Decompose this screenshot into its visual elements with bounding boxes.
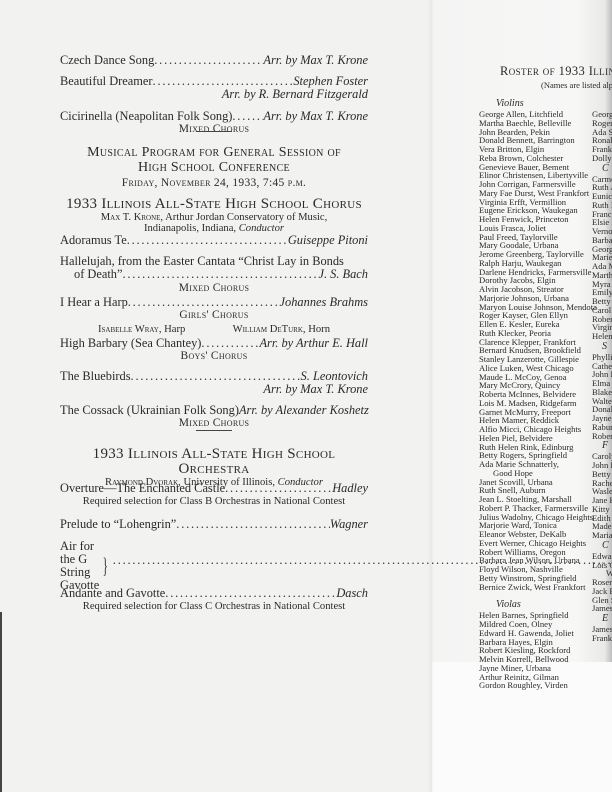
program-item: Czech Dance SongArr. by Max T. Krone: [60, 54, 368, 67]
program-item: Adoramus TeGuiseppe Pitoni: [60, 234, 368, 247]
roster-column-1: Violins George Allen, LitchfieldMartha B…: [479, 98, 597, 690]
roster-name: Robert: [592, 432, 612, 441]
program-item: Beautiful DreamerStephen Foster Arr. by …: [60, 75, 368, 102]
general-session-header: Musical Program for General Session of H…: [60, 145, 368, 175]
book-spine: [428, 0, 434, 792]
roster-title: Roster of 1933 Illinoi: [500, 64, 612, 79]
violins-list: George Allen, LitchfieldMartha Baechle, …: [479, 110, 597, 591]
program-item: Andante and GavotteDasch Required select…: [60, 587, 368, 614]
roster-name: Helen: [592, 332, 612, 341]
roster-name: Marian: [592, 531, 612, 540]
program-item: The Cossack (Ukrainian Folk Song)Arr. by…: [60, 404, 368, 431]
roster-subtitle: (Names are listed alp: [541, 80, 612, 90]
roster-name: James: [592, 604, 612, 613]
program-item: Prelude to “Lohengrin”Wagner: [60, 518, 368, 531]
section-divider: [60, 131, 368, 132]
roster-name: Dolly: [592, 154, 612, 163]
section-divider: [60, 430, 368, 431]
program-item: Cicirinella (Neapolitan Folk Song)Arr. b…: [60, 110, 368, 137]
roster-name: Gordon Roughley, Virden: [479, 681, 597, 690]
program-item: Overture—The Enchanted CastleHadley Requ…: [60, 482, 368, 509]
ensemble-label: Mixed Chorus: [60, 417, 368, 430]
roster-column-2-cut: x GeorgRogerAda SRonalFrankDolly C Carme…: [592, 98, 612, 643]
program-item: Hallelujah, from the Easter Cantata “Chr…: [60, 255, 368, 295]
roster-name: Bernice Zwick, West Frankfort: [479, 583, 597, 592]
ensemble-label: Boys' Chorus: [60, 350, 368, 363]
program-item: The BluebirdsS. Leontovich Arr. by Max T…: [60, 370, 368, 397]
roster-name: Frank: [592, 634, 612, 643]
session-date: Friday, November 24, 1933, 7:45 p.m.: [60, 177, 368, 190]
program-item: Air for the G String Gavotte } Bach: [60, 540, 368, 592]
scan-left-edge: [0, 612, 2, 792]
chorus-header: 1933 Illinois All-State High School Chor…: [60, 197, 368, 234]
ensemble-label: Girls' Chorus: [60, 309, 368, 322]
brace-glyph: }: [103, 555, 108, 577]
ensemble-label: Mixed Chorus: [60, 282, 368, 295]
performers: Isabelle Wray, Harp William DeTurk, Horn: [60, 323, 368, 336]
violas-list: Helen Barnes, SpringfieldMildred Coen, O…: [479, 611, 597, 690]
program-item: I Hear a HarpJohannes Brahms Girls' Chor…: [60, 296, 368, 336]
program-item: High Barbary (Sea Chantey)Arr. by Arthur…: [60, 337, 368, 364]
